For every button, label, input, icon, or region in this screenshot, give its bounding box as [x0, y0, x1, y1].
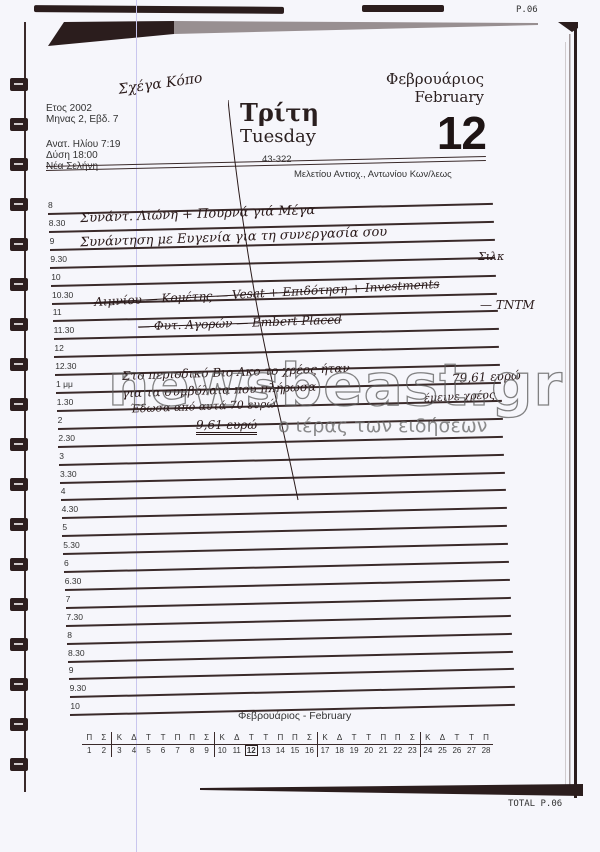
binding-ring — [10, 358, 28, 371]
weekday-letter: Κ — [421, 732, 436, 745]
mini-calendar-day: Π8 — [185, 732, 200, 757]
month-greek: Φεβρουάριος — [386, 70, 484, 88]
hour-rule — [64, 561, 509, 573]
binding-ring — [10, 718, 28, 731]
hour-rule — [54, 328, 499, 340]
day-number: 22 — [390, 745, 405, 757]
binding-ring — [10, 438, 28, 451]
hour-label: 10.30 — [52, 290, 73, 300]
mini-calendar-day: Κ17 — [317, 732, 333, 757]
mini-calendar-day: Τ13 — [259, 732, 274, 757]
hour-rule — [66, 597, 511, 609]
hour-label: 11.30 — [54, 325, 75, 335]
binding-ring — [10, 398, 28, 411]
hour-label: 3 — [59, 451, 64, 461]
hour-label: 7 — [66, 594, 71, 604]
hour-label: 8 — [48, 200, 53, 210]
hour-rule — [58, 436, 503, 448]
weekday-letter: Τ — [464, 732, 479, 745]
day-number: 19 — [347, 745, 362, 757]
hour-label: 6.30 — [65, 576, 82, 586]
hour-label: 9.30 — [50, 254, 67, 264]
day-number: 28 — [479, 745, 494, 757]
page-bottom-edge — [200, 782, 583, 796]
mini-calendar-day: Π1 — [82, 732, 97, 757]
weekday-letter: Τ — [347, 732, 362, 745]
day-number: 2 — [97, 745, 112, 757]
day-number: 17 — [318, 745, 333, 757]
weekday-letter: Κ — [215, 732, 230, 745]
hour-rule — [62, 525, 507, 537]
handwritten-annotation: Σχέγα Κόπο — [117, 70, 203, 98]
mini-calendar-day: Τ6 — [156, 732, 171, 757]
weekday-english: Tuesday — [240, 126, 316, 147]
mini-calendar-day: Π22 — [390, 732, 405, 757]
day-number: 21 — [376, 745, 391, 757]
mini-calendar-day: Π28 — [479, 732, 494, 757]
hour-label: 5.30 — [63, 540, 80, 550]
weekday-letter: Δ — [229, 732, 244, 745]
hour-label: 5 — [62, 522, 67, 532]
weekday-greek: Τρίτη — [240, 98, 319, 127]
note-9-30-cont: Σιλκ — [478, 250, 504, 263]
weekday-letter: Π — [185, 732, 200, 745]
day-number: 4 — [127, 745, 142, 757]
mini-calendar-day: Τ5 — [141, 732, 156, 757]
day-number: 3 — [112, 745, 127, 757]
hour-label: 6 — [64, 558, 69, 568]
day-number: 20 — [361, 745, 376, 757]
hour-label: 8 — [67, 630, 72, 640]
binding-ring — [10, 758, 28, 771]
weekday-letter: Τ — [361, 732, 376, 745]
binding-ring — [10, 518, 28, 531]
hour-label: 2.30 — [58, 433, 75, 443]
hour-rule — [67, 632, 512, 644]
mini-calendar-day: Κ10 — [214, 732, 230, 757]
day-number: 5 — [141, 745, 156, 757]
hour-rule — [66, 615, 511, 627]
day-number: 13 — [259, 745, 274, 757]
hour-label: 11 — [53, 307, 62, 317]
hour-label: 7.30 — [66, 612, 83, 622]
month-english: February — [415, 88, 485, 106]
binding-ring — [10, 78, 28, 91]
hour-label: 1 μμ — [56, 379, 73, 389]
hour-rule — [61, 489, 506, 501]
mini-calendar-day: Τ19 — [347, 732, 362, 757]
hour-rule — [60, 471, 505, 483]
weekday-letter: Σ — [199, 732, 214, 745]
hour-rule — [63, 543, 508, 555]
saints-of-day: Μελετίου Αντιοχ., Αντωνίου Κων/λεως — [294, 169, 452, 180]
hour-rule — [59, 453, 504, 465]
weekday-letter: Δ — [127, 732, 142, 745]
hour-label: 4 — [61, 486, 66, 496]
weekday-letter: Σ — [405, 732, 420, 745]
day-number: 15 — [288, 745, 303, 757]
day-number: 11 — [229, 745, 244, 757]
day-number: 10 — [215, 745, 230, 757]
weekday-letter: Δ — [332, 732, 347, 745]
binding-ring — [10, 118, 28, 131]
day-number: 7 — [170, 745, 185, 757]
page-top-shadow — [48, 20, 538, 46]
year-info: Ετος 2002 Μηνας 2, Εβδ. 7 — [46, 103, 119, 125]
mini-calendar-day: Σ23 — [405, 732, 420, 757]
binding-ring — [10, 318, 28, 331]
binding-ring — [10, 198, 28, 211]
binding-ring — [10, 158, 28, 171]
weekday-letter: Τ — [156, 732, 171, 745]
hour-label: 2 — [58, 415, 63, 425]
hour-label: 12 — [54, 343, 63, 353]
mini-calendar-title: Φεβρουάριος - February — [238, 710, 351, 722]
hour-label: 1.30 — [57, 397, 74, 407]
weekday-letter: Τ — [450, 732, 465, 745]
weekday-letter: Σ — [302, 732, 317, 745]
binding-ring — [10, 558, 28, 571]
binding-ring — [10, 598, 28, 611]
hour-label: 9.30 — [70, 683, 87, 693]
fax-header-redacted — [30, 6, 450, 16]
day-number: 9 — [199, 745, 214, 757]
weekday-letter: Σ — [97, 732, 112, 745]
hour-rule — [65, 579, 510, 591]
mini-calendar-day: Π21 — [376, 732, 391, 757]
hour-label: 8.30 — [49, 218, 66, 228]
day-number: 25 — [435, 745, 450, 757]
weekday-letter: Κ — [112, 732, 127, 745]
weekday-letter: Π — [273, 732, 288, 745]
day-number: 1 — [82, 745, 97, 757]
binding-ring — [10, 278, 28, 291]
mini-calendar-day: Σ2 — [97, 732, 112, 757]
day-number: 12 — [437, 106, 486, 160]
weekday-letter: Δ — [435, 732, 450, 745]
hour-label: 9 — [69, 665, 74, 675]
mini-calendar-day: Τ20 — [361, 732, 376, 757]
hour-label: 8.30 — [68, 648, 85, 658]
day-number: 23 — [405, 745, 420, 757]
sunset: Δύση 18:00 — [46, 150, 121, 161]
note-11-30: — Φυτ. Αγορών — Embert Placed — [138, 312, 342, 333]
binding-ring — [10, 638, 28, 651]
day-code: 43-322 — [262, 154, 292, 165]
mini-calendar-day: Κ24 — [420, 732, 436, 757]
watermark-tagline: ο ιέρας των ειδήσεων — [278, 415, 487, 437]
note-10-30: Λιμνίου — Κομέτης — Vesat + Επιδότηση + … — [94, 277, 440, 309]
weekday-letter: Π — [390, 732, 405, 745]
day-number: 26 — [450, 745, 465, 757]
mini-calendar-day: Σ9 — [199, 732, 214, 757]
fax-total-pages: TOTAL P.06 — [508, 799, 562, 809]
weekday-letter: Π — [82, 732, 97, 745]
mini-calendar: Π1Σ2Κ3Δ4Τ5Τ6Π7Π8Σ9Κ10Δ11Τ12Τ13Π14Π15Σ16Κ… — [82, 732, 493, 757]
sunrise: Ανατ. Ηλίου 7:19 — [46, 139, 121, 150]
mini-calendar-day: Τ26 — [450, 732, 465, 757]
day-number: 16 — [302, 745, 317, 757]
mini-calendar-day: Π14 — [273, 732, 288, 757]
fax-page-number: P.06 — [516, 5, 538, 15]
weekday-letter: Π — [170, 732, 185, 745]
hour-label: 10 — [51, 272, 60, 282]
hour-label: 3.30 — [60, 469, 77, 479]
mini-calendar-day: Κ3 — [111, 732, 127, 757]
mini-calendar-day: Δ11 — [229, 732, 244, 757]
mini-calendar-day: Σ16 — [302, 732, 317, 757]
weekday-letter: Π — [479, 732, 494, 745]
hour-rule — [68, 650, 513, 662]
month-week-line: Μηνας 2, Εβδ. 7 — [46, 114, 119, 125]
hour-label: 12.30 — [55, 361, 76, 371]
weekday-letter: Τ — [259, 732, 274, 745]
weekday-letter: Τ — [141, 732, 156, 745]
weekday-letter: Π — [288, 732, 303, 745]
binding-ring — [10, 238, 28, 251]
day-number: 6 — [156, 745, 171, 757]
weekday-letter: Τ — [244, 732, 259, 745]
mini-calendar-day: Δ18 — [332, 732, 347, 757]
sun-info: Ανατ. Ηλίου 7:19 Δύση 18:00 Νέα Σελήνη — [46, 139, 121, 172]
day-number: 18 — [332, 745, 347, 757]
note-balance: 9,61 ευρώ — [196, 418, 257, 435]
mini-calendar-day: Τ12 — [244, 732, 259, 757]
hour-rule — [50, 257, 495, 269]
note-11: — ΤΝΤΜ — [480, 298, 535, 312]
day-number: 24 — [421, 745, 436, 757]
weekday-letter: Κ — [318, 732, 333, 745]
hour-label: 9 — [50, 236, 55, 246]
weekday-letter: Π — [376, 732, 391, 745]
hour-rule — [62, 507, 507, 519]
day-number: 8 — [185, 745, 200, 757]
mini-calendar-day: Π7 — [170, 732, 185, 757]
mini-calendar-day: Τ27 — [464, 732, 479, 757]
day-number: 12 — [244, 745, 259, 757]
day-number: 14 — [273, 745, 288, 757]
note-8-30: Συνάντ. Λιώνη + Πουρνά γιά Μέγα — [80, 203, 316, 226]
mini-calendar-day: Δ4 — [127, 732, 142, 757]
day-number: 27 — [464, 745, 479, 757]
hour-label: 10 — [70, 701, 79, 711]
binding-ring — [10, 478, 28, 491]
hour-label: 4.30 — [62, 504, 79, 514]
newsbeast-watermark: newsbeast.gr — [108, 356, 563, 414]
binding-ring — [10, 678, 28, 691]
mini-calendar-day: Δ25 — [435, 732, 450, 757]
mini-calendar-day: Π15 — [288, 732, 303, 757]
year-line: Ετος 2002 — [46, 103, 119, 114]
